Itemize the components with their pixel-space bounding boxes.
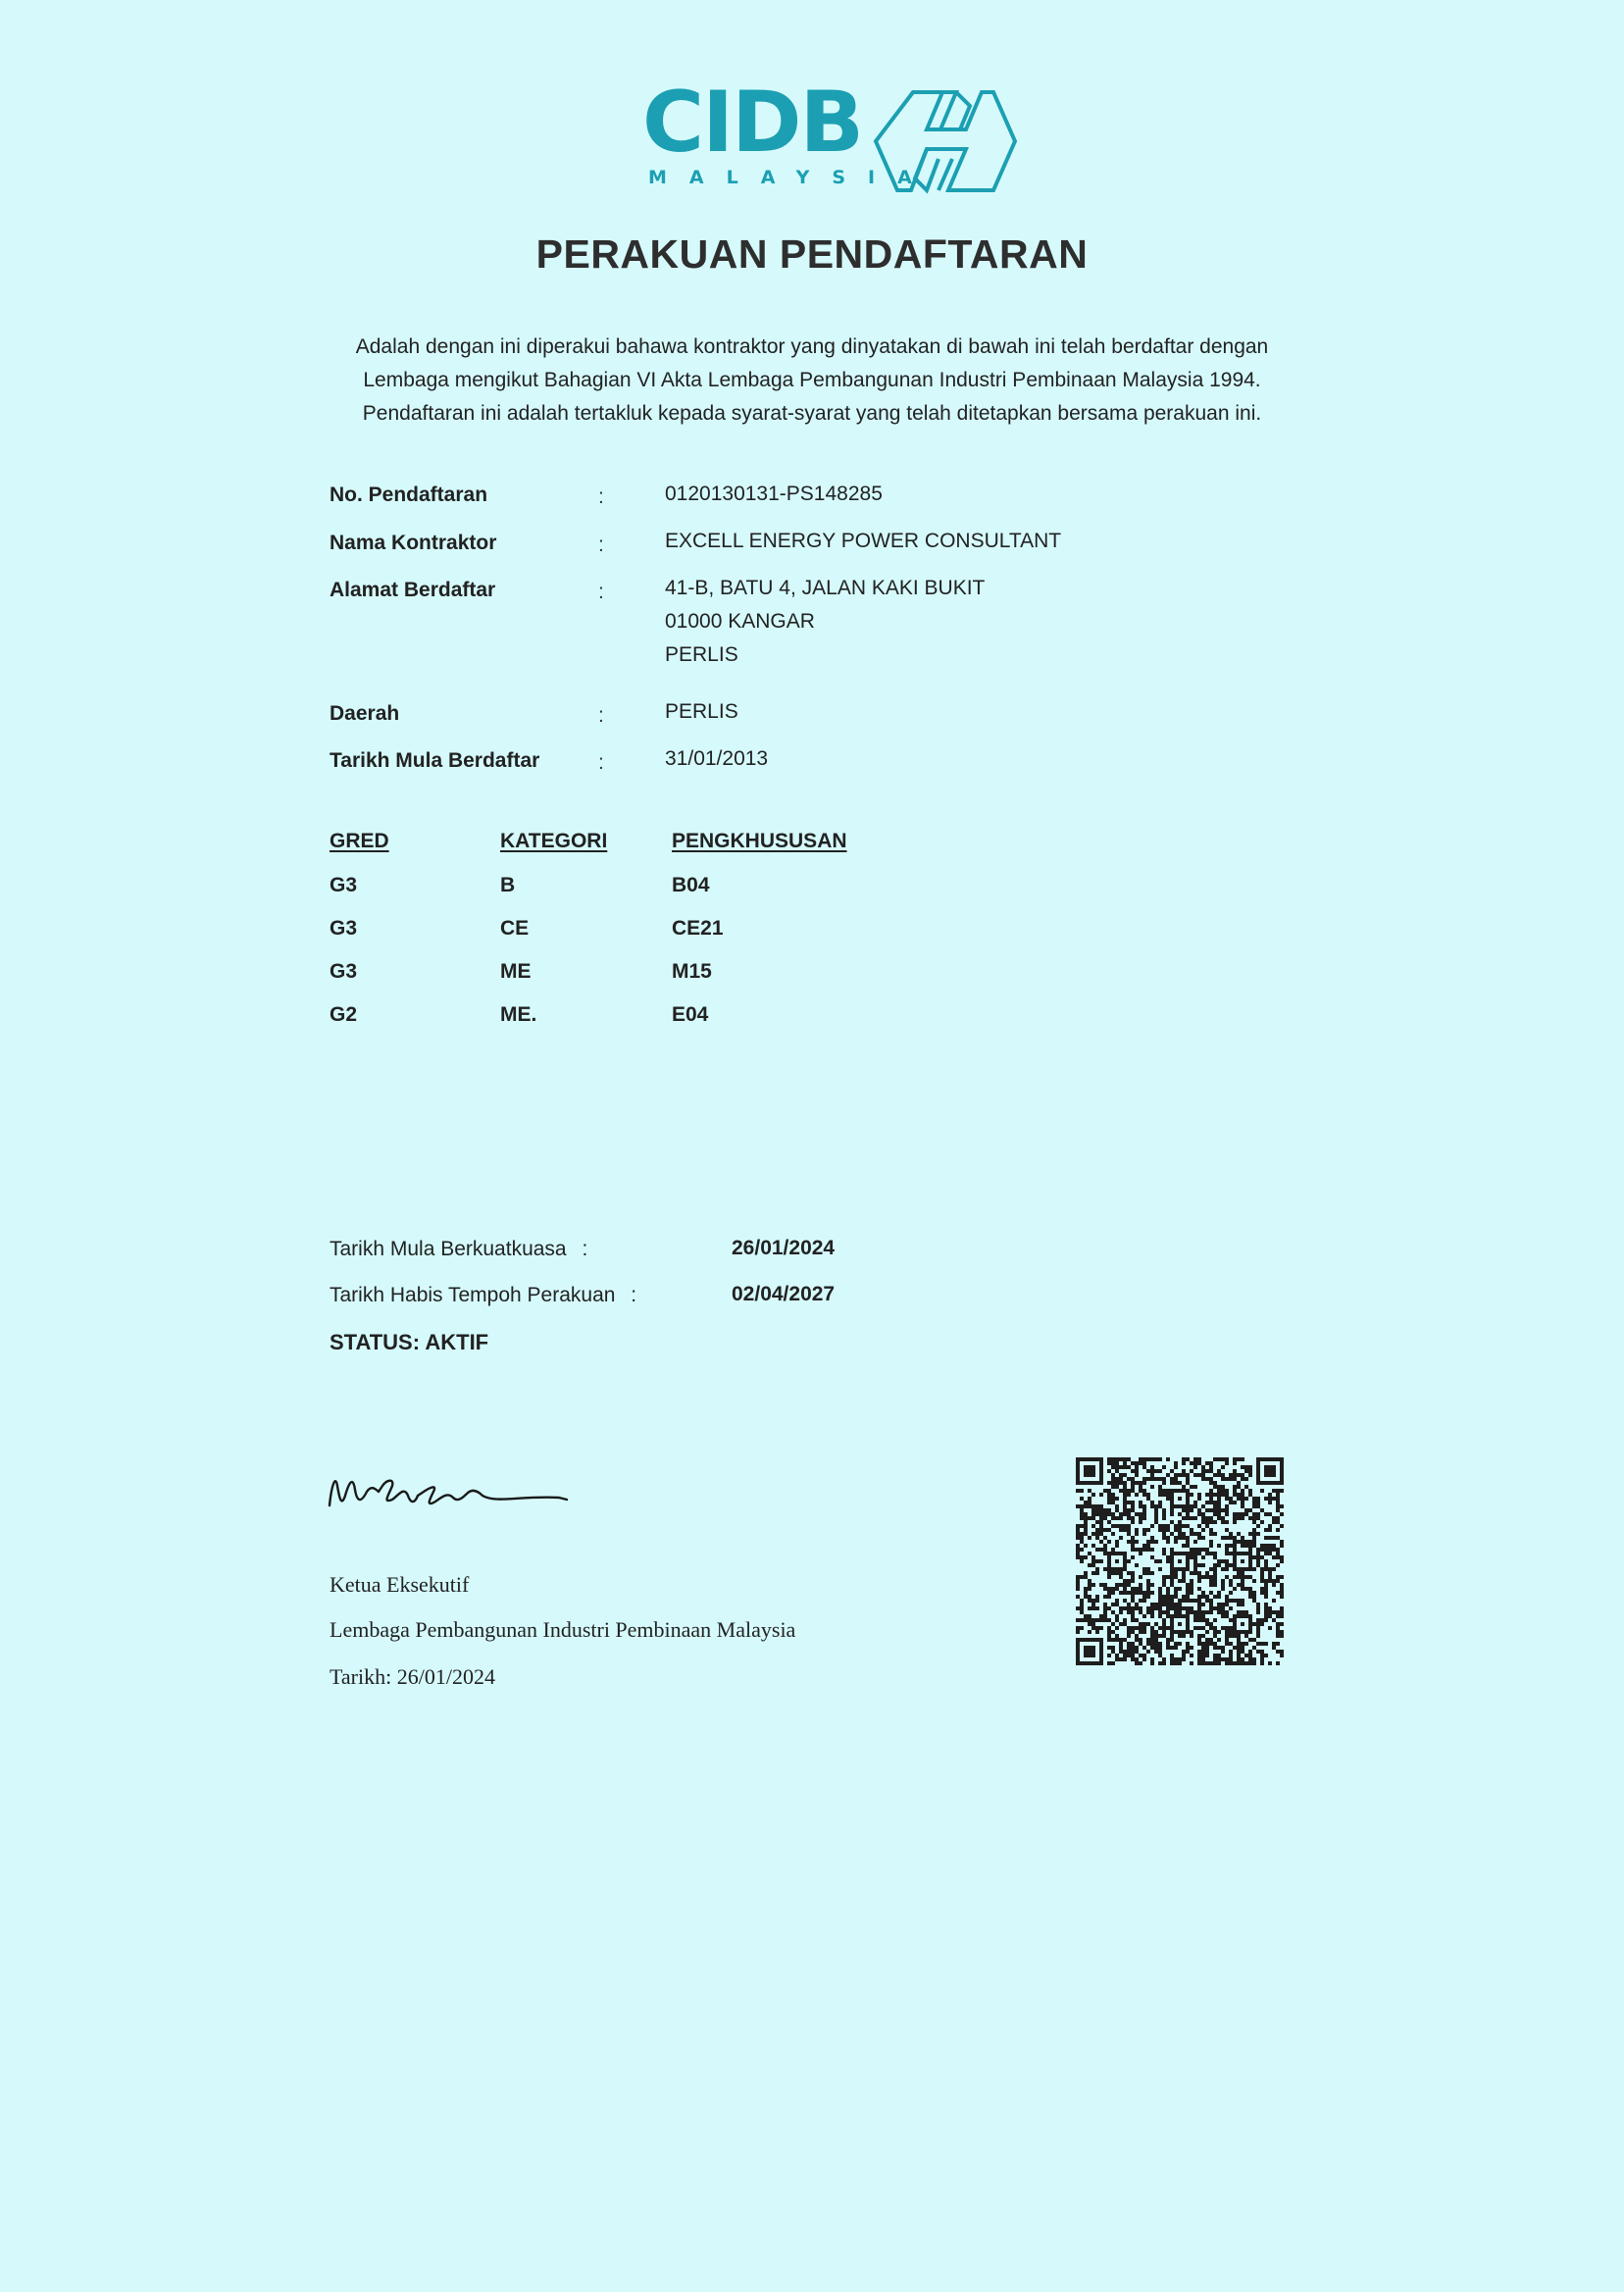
grade-cell: G3 [330, 917, 357, 941]
intro-line: Pendaftaran ini adalah tertakluk kepada … [245, 397, 1379, 431]
expiry-date-label: Tarikh Habis Tempoh Perakuan : [330, 1284, 636, 1307]
signatory-organization: Lembaga Pembangunan Industri Pembinaan M… [330, 1617, 795, 1643]
separator: : [598, 751, 604, 775]
expiry-date-value: 02/04/2027 [732, 1283, 835, 1306]
specialization-cell: CE21 [672, 917, 724, 941]
cidb-logo: CIDB MALAYSIA [642, 86, 1015, 199]
district-value: PERLIS [665, 695, 738, 729]
registered-since-value: 31/01/2013 [665, 742, 768, 776]
intro-line: Lembaga mengikut Bahagian VI Akta Lembag… [245, 364, 1379, 397]
effective-date-label: Tarikh Mula Berkuatkuasa : [330, 1238, 587, 1261]
address-label: Alamat Berdaftar [330, 579, 495, 602]
registered-since-label: Tarikh Mula Berdaftar [330, 749, 539, 773]
category-cell: ME. [500, 1003, 536, 1027]
certification-statement: Adalah dengan ini diperakui bahawa kontr… [245, 331, 1379, 431]
specialization-cell: B04 [672, 874, 710, 897]
separator: : [582, 1238, 587, 1260]
separator: : [598, 581, 604, 604]
document-title: PERAKUAN PENDAFTARAN [0, 231, 1624, 278]
column-header-gred: GRED [330, 830, 389, 853]
district-label: Daerah [330, 702, 399, 726]
registration-no-label: No. Pendaftaran [330, 484, 487, 507]
signature-date: Tarikh: 26/01/2024 [330, 1664, 495, 1690]
grade-cell: G2 [330, 1003, 357, 1027]
intro-line: Adalah dengan ini diperakui bahawa kontr… [245, 331, 1379, 364]
column-header-pengkhususan: PENGKHUSUSAN [672, 830, 847, 853]
address-value: 41-B, BATU 4, JALAN KAKI BUKIT 01000 KAN… [665, 572, 985, 672]
contractor-name-value: EXCELL ENERGY POWER CONSULTANT [665, 525, 1061, 558]
separator: : [631, 1284, 636, 1306]
separator: : [598, 534, 604, 557]
qr-code-icon [1076, 1457, 1284, 1665]
signatory-title: Ketua Eksekutif [330, 1572, 469, 1598]
signature-icon [324, 1456, 579, 1525]
registration-no-value: 0120130131-PS148285 [665, 478, 883, 511]
address-line: PERLIS [665, 638, 985, 672]
grade-cell: G3 [330, 960, 357, 984]
contractor-name-label: Nama Kontraktor [330, 532, 496, 555]
category-cell: ME [500, 960, 532, 984]
specialization-cell: M15 [672, 960, 712, 984]
separator: : [598, 485, 604, 509]
address-line: 01000 KANGAR [665, 605, 985, 638]
specialization-cell: E04 [672, 1003, 708, 1027]
address-line: 41-B, BATU 4, JALAN KAKI BUKIT [665, 572, 985, 605]
grade-cell: G3 [330, 874, 357, 897]
expiry-date-label-text: Tarikh Habis Tempoh Perakuan [330, 1284, 615, 1306]
separator: : [598, 704, 604, 728]
column-header-kategori: KATEGORI [500, 830, 607, 853]
logo-wordmark: CIDB [642, 80, 862, 165]
cidb-hexagon-mark-icon [872, 88, 1017, 194]
category-cell: B [500, 874, 515, 897]
effective-date-label-text: Tarikh Mula Berkuatkuasa [330, 1238, 567, 1260]
status-badge: STATUS: AKTIF [330, 1330, 488, 1355]
category-cell: CE [500, 917, 529, 941]
effective-date-value: 26/01/2024 [732, 1237, 835, 1260]
